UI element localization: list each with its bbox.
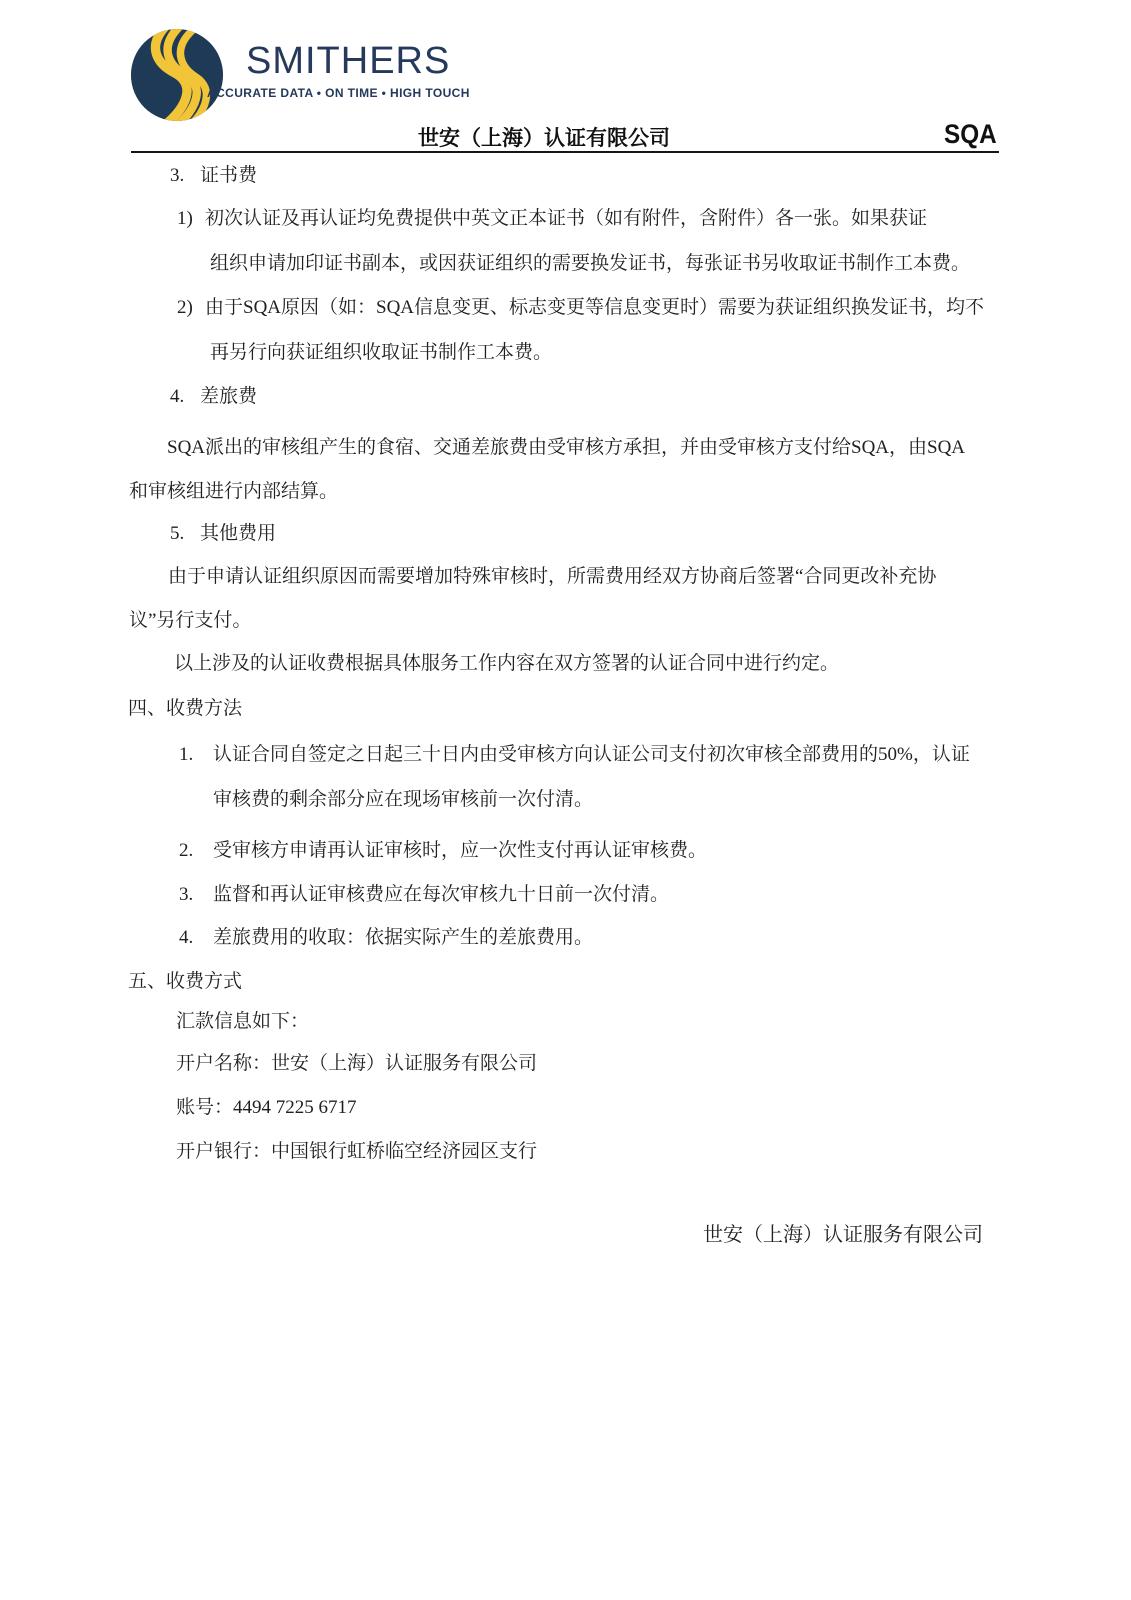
header-company-name: 世安（上海）认证有限公司: [418, 122, 670, 152]
section-5-heading: 五、收费方式: [128, 970, 242, 994]
item-3-sub-2-line-1: 2)由于SQA原因（如：SQA信息变更、标志变更等信息变更时）需要为获证组织换发…: [177, 296, 984, 320]
smithers-logo-icon: [130, 28, 224, 122]
line-text: 差旅费用的收取：依据实际产生的差旅费用。: [213, 927, 593, 948]
item-4-heading: 4.差旅费: [170, 385, 257, 409]
line-number: 4.: [179, 926, 213, 950]
section-4-item-1-line-1: 1.认证合同自签定之日起三十日内由受审核方向认证公司支付初次审核全部费用的50%…: [179, 743, 970, 767]
header-sqa-label: SQA: [944, 119, 997, 150]
line-text: 初次认证及再认证均免费提供中英文正本证书（如有附件，含附件）各一张。如果获证: [205, 208, 927, 229]
section-4-item-1-line-2: 审核费的剩余部分应在现场审核前一次付清。: [213, 788, 593, 812]
section-4-heading: 四、收费方法: [128, 697, 242, 721]
bank-name-line: 开户银行：中国银行虹桥临空经济园区支行: [176, 1140, 537, 1164]
line-text: 认证合同自签定之日起三十日内由受审核方向认证公司支付初次审核全部费用的50%，认…: [213, 744, 970, 765]
line-text: 差旅费: [200, 386, 257, 407]
line-number: 1): [177, 207, 205, 231]
line-text: 账号：4494 7225 6717: [176, 1097, 357, 1118]
line-text: 由于申请认证组织原因而需要增加特殊审核时，所需费用经双方协商后签署“合同更改补充…: [168, 566, 936, 587]
section-4-item-2: 2.受审核方申请再认证审核时，应一次性支付再认证审核费。: [179, 839, 707, 863]
item-5-para-2: 以上涉及的认证收费根据具体服务工作内容在双方签署的认证合同中进行约定。: [174, 652, 839, 676]
line-text: 证书费: [200, 165, 257, 186]
line-text: 四、收费方法: [128, 698, 242, 719]
section-4-item-3: 3.监督和再认证审核费应在每次审核九十日前一次付清。: [179, 883, 669, 907]
item-3-sub-1-line-1: 1)初次认证及再认证均免费提供中英文正本证书（如有附件，含附件）各一张。如果获证: [177, 207, 927, 231]
line-text: SQA派出的审核组产生的食宿、交通差旅费由受审核方承担，并由受审核方支付给SQA…: [167, 437, 965, 458]
line-number: 2.: [179, 839, 213, 863]
brand-tagline: ACCURATE DATA • ON TIME • HIGH TOUCH: [207, 86, 470, 100]
line-text: 受审核方申请再认证审核时，应一次性支付再认证审核费。: [213, 840, 707, 861]
line-text: 其他费用: [200, 523, 276, 544]
item-5-heading: 5.其他费用: [170, 522, 276, 546]
closing-signature: 世安（上海）认证服务有限公司: [703, 1218, 983, 1247]
line-number: 3.: [170, 164, 200, 188]
line-text: 开户银行：中国银行虹桥临空经济园区支行: [176, 1141, 537, 1162]
line-number: 5.: [170, 522, 200, 546]
item-3-sub-2-line-2: 再另行向获证组织收取证书制作工本费。: [210, 341, 552, 365]
section-4-item-4: 4.差旅费用的收取：依据实际产生的差旅费用。: [179, 926, 593, 950]
item-3-sub-1-line-2: 组织申请加印证书副本，或因获证组织的需要换发证书，每张证书另收取证书制作工本费。: [210, 252, 970, 276]
line-text: 开户名称：世安（上海）认证服务有限公司: [176, 1053, 537, 1074]
line-text: 由于SQA原因（如：SQA信息变更、标志变更等信息变更时）需要为获证组织换发证书…: [205, 297, 984, 318]
line-text: 组织申请加印证书副本，或因获证组织的需要换发证书，每张证书另收取证书制作工本费。: [210, 253, 970, 274]
item-5-para-line-2: 议”另行支付。: [129, 609, 251, 633]
item-5-para-line-1: 由于申请认证组织原因而需要增加特殊审核时，所需费用经双方协商后签署“合同更改补充…: [168, 565, 936, 589]
line-text: 议”另行支付。: [129, 610, 251, 631]
account-number-line: 账号：4494 7225 6717: [176, 1096, 357, 1120]
line-text: 审核费的剩余部分应在现场审核前一次付清。: [213, 789, 593, 810]
account-name-line: 开户名称：世安（上海）认证服务有限公司: [176, 1052, 537, 1076]
line-text: 监督和再认证审核费应在每次审核九十日前一次付清。: [213, 884, 669, 905]
line-number: 1.: [179, 743, 213, 767]
line-number: 3.: [179, 883, 213, 907]
header-divider: [131, 151, 999, 153]
item-4-para-line-2: 和审核组进行内部结算。: [129, 480, 338, 504]
remittance-intro: 汇款信息如下：: [176, 1010, 309, 1034]
document-page: SMITHERS ACCURATE DATA • ON TIME • HIGH …: [0, 0, 1131, 1600]
line-number: 4.: [170, 385, 200, 409]
line-text: 汇款信息如下：: [176, 1011, 309, 1032]
line-text: 以上涉及的认证收费根据具体服务工作内容在双方签署的认证合同中进行约定。: [174, 653, 839, 674]
line-text: 五、收费方式: [128, 971, 242, 992]
item-4-para-line-1: SQA派出的审核组产生的食宿、交通差旅费由受审核方承担，并由受审核方支付给SQA…: [167, 436, 965, 460]
item-3-heading: 3.证书费: [170, 164, 257, 188]
line-text: 和审核组进行内部结算。: [129, 481, 338, 502]
line-text: 再另行向获证组织收取证书制作工本费。: [210, 342, 552, 363]
line-number: 2): [177, 296, 205, 320]
brand-wordmark: SMITHERS: [246, 40, 450, 83]
